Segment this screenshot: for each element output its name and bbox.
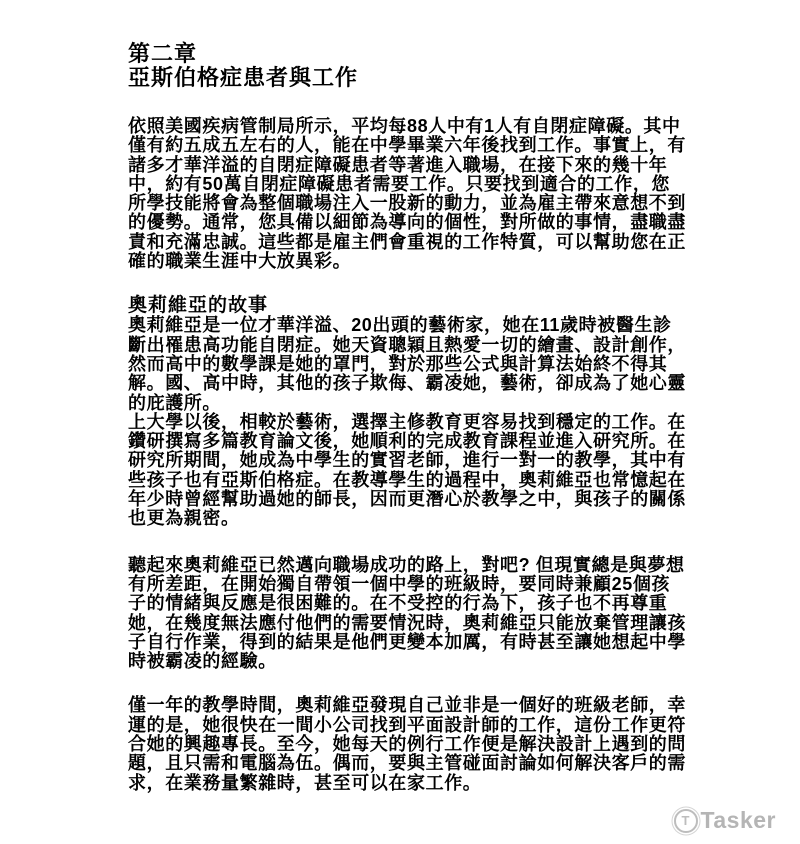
chapter-number: 第二章 bbox=[128, 42, 706, 66]
document-page: 第二章 亞斯伯格症患者與工作 依照美國疾病管制局所示，平均每88人中有1人有自閉… bbox=[0, 0, 800, 844]
watermark-label: Tasker bbox=[701, 807, 776, 834]
intro-paragraph: 依照美國疾病管制局所示，平均每88人中有1人有自閉症障礙。其中 僅有約五成五左右… bbox=[128, 117, 706, 271]
chapter-heading: 第二章 亞斯伯格症患者與工作 bbox=[128, 42, 706, 90]
watermark: T Tasker bbox=[674, 807, 776, 834]
section-heading-olivia-story: 奧莉維亞的故事 bbox=[128, 295, 706, 316]
story-paragraph-2: 聽起來奧莉維亞已然邁向職場成功的路上，對吧? 但現實總是與夢想 有所差距，在開始… bbox=[128, 556, 706, 672]
gear-t-icon: T bbox=[674, 809, 698, 833]
story-paragraph-1: 奧莉維亞是一位才華洋溢、20出頭的藝術家，她在11歲時被醫生診 斷出罹患高功能自… bbox=[128, 316, 706, 528]
text-column: 第二章 亞斯伯格症患者與工作 依照美國疾病管制局所示，平均每88人中有1人有自閉… bbox=[128, 42, 706, 793]
chapter-title: 亞斯伯格症患者與工作 bbox=[128, 66, 706, 90]
story-paragraph-3: 僅一年的教學時間，奧莉維亞發現自己並非是一個好的班級老師，幸 運的是，她很快在一… bbox=[128, 696, 706, 792]
